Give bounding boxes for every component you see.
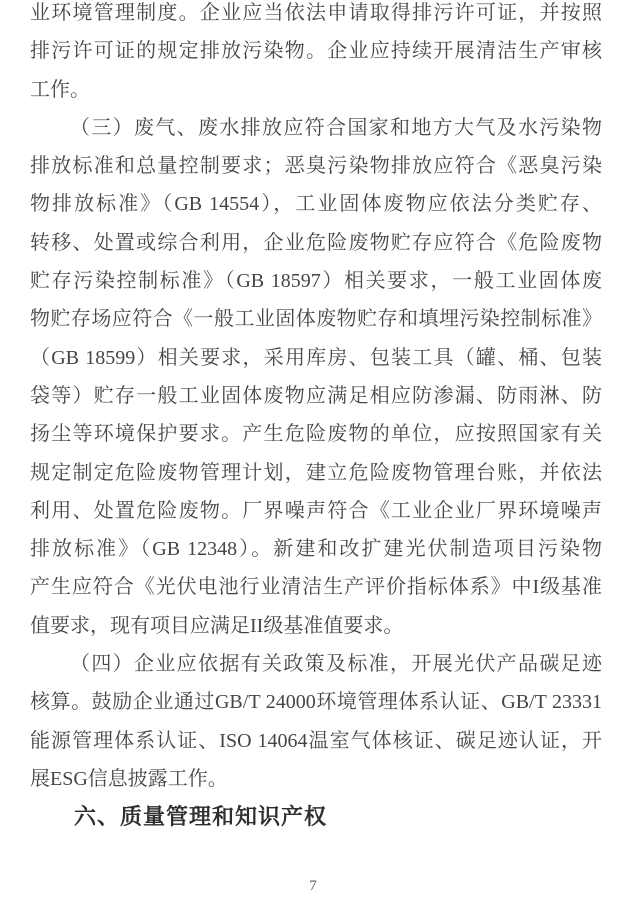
text-line: 物排放标准》（GB 14554），工业固体废物应依法分类贮存、 bbox=[30, 185, 602, 223]
text-line: （GB 18599）相关要求，采用库房、包装工具（罐、桶、包装 bbox=[30, 339, 602, 377]
text-line: 展ESG信息披露工作。 bbox=[30, 760, 602, 798]
document-page: 业环境管理制度。企业应当依法申请取得排污许可证，并按照排污许可证的规定排放污染物… bbox=[0, 0, 626, 915]
text-line: 转移、处置或综合利用，企业危险废物贮存应符合《危险废物 bbox=[30, 224, 602, 262]
text-line: 排放标准》（GB 12348）。新建和改扩建光伏制造项目污染物 bbox=[30, 530, 602, 568]
text-line: 扬尘等环境保护要求。产生危险废物的单位，应按照国家有关 bbox=[30, 415, 602, 453]
section-heading: 六、质量管理和知识产权 bbox=[30, 798, 602, 836]
page-number: 7 bbox=[0, 876, 626, 896]
text-line: 物贮存场应符合《一般工业固体废物贮存和填埋污染控制标准》 bbox=[30, 300, 602, 338]
text-line: 业环境管理制度。企业应当依法申请取得排污许可证，并按照 bbox=[30, 0, 602, 32]
text-line: 贮存污染控制标准》（GB 18597）相关要求，一般工业固体废 bbox=[30, 262, 602, 300]
text-line: 利用、处置危险废物。厂界噪声符合《工业企业厂界环境噪声 bbox=[30, 492, 602, 530]
text-line: 值要求，现有项目应满足II级基准值要求。 bbox=[30, 607, 602, 645]
text-line: 核算。鼓励企业通过GB/T 24000环境管理体系认证、GB/T 23331 bbox=[30, 683, 602, 721]
text-line: 产生应符合《光伏电池行业清洁生产评价指标体系》中I级基准 bbox=[30, 568, 602, 606]
text-line: 能源管理体系认证、ISO 14064温室气体核证、碳足迹认证，开 bbox=[30, 722, 602, 760]
document-body: 业环境管理制度。企业应当依法申请取得排污许可证，并按照排污许可证的规定排放污染物… bbox=[30, 0, 602, 837]
text-line: 工作。 bbox=[30, 71, 602, 109]
text-line: （三）废气、废水排放应符合国家和地方大气及水污染物 bbox=[30, 109, 602, 147]
text-line: 排污许可证的规定排放污染物。企业应持续开展清洁生产审核 bbox=[30, 32, 602, 70]
text-line: 规定制定危险废物管理计划，建立危险废物管理台账，并依法 bbox=[30, 454, 602, 492]
text-line: 排放标准和总量控制要求；恶臭污染物排放应符合《恶臭污染 bbox=[30, 147, 602, 185]
text-line: （四）企业应依据有关政策及标准，开展光伏产品碳足迹 bbox=[30, 645, 602, 683]
text-line: 袋等）贮存一般工业固体废物应满足相应防渗漏、防雨淋、防 bbox=[30, 377, 602, 415]
